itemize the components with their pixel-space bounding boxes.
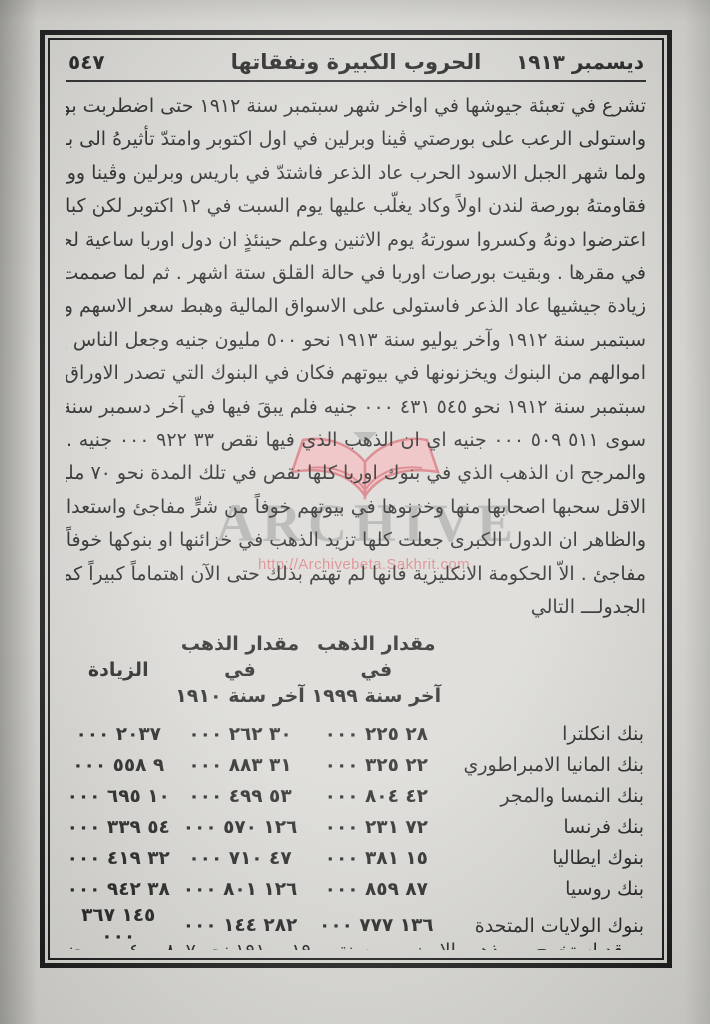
gold-1910-column-header: مقدار الذهب في آخر سنة ١٩١٠: [170, 631, 309, 709]
body-line: اعترضوا دونهُ وكسروا سورتهُ يوم الاثنين …: [66, 224, 646, 257]
bank-name: بنوك ايطاليا: [443, 847, 646, 869]
gold-1910-value: ٢٨٢ ١٤٤ ٠٠٠: [170, 915, 309, 936]
bank-name: بنوك الولايات المتحدة: [443, 915, 646, 937]
gold-1899-header-line2: آخر سنة ١٩٩٩: [310, 683, 443, 709]
gold-1910-value: ١٢٦ ٨٠١ ٠٠٠: [170, 879, 309, 900]
body-line: ولما شهر الجبل الاسود الحرب عاد الذعر فا…: [66, 157, 646, 190]
gold-1899-value: ٧٢ ٢٣١ ٠٠٠: [310, 817, 443, 838]
body-line: زيادة جيشيها عاد الذعر فاستولى على الاسو…: [66, 290, 646, 323]
article-body: تشرع في تعبئة جيوشها في اواخر شهر سبتمبر…: [66, 90, 646, 625]
body-line: سبتمبر سنة ١٩١٢ نحو ⁦٥٤٥ ٤٣١ ٠٠٠⁩ جنيه ف…: [66, 391, 646, 424]
bank-name: بنك روسيا: [443, 878, 646, 900]
increase-value: ٩ ٥٥٨ ٠٠٠: [66, 755, 170, 776]
body-line: الجدولـــ التالي: [66, 591, 646, 624]
increase-value: ٢٠٣٧ ٠٠٠: [66, 724, 170, 745]
gold-1899-value: ١٣٦ ٧٧٧ ٠٠٠: [310, 915, 443, 936]
gold-1910-value: ٥٣ ٤٩٩ ٠٠٠: [170, 786, 309, 807]
gold-1910-value: ٣١ ٨٨٣ ٠٠٠: [170, 755, 309, 776]
gold-1910-value: ٤٧ ٧١٠ ٠٠٠: [170, 848, 309, 869]
body-line: سبتمبر سنة ١٩١٢ وآخر يوليو سنة ١٩١٣ نحو …: [66, 324, 646, 357]
body-line: فقاومتهُ بورصة لندن اولاً وكاد يغلّب علي…: [66, 190, 646, 223]
page-number: ٥٤٧: [68, 50, 228, 74]
scanned-book-page: { "page": { "header": { "date": "ديسمبر …: [0, 0, 710, 1024]
body-line: مفاجئ . الاّ الحكومة الانكليزية فانها لم…: [66, 558, 646, 591]
gold-1899-value: ٤٢ ٨٠٤ ٠٠٠: [310, 786, 443, 807]
gold-1899-header-line1: مقدار الذهب في: [310, 631, 443, 683]
table-header-row: مقدار الذهب في آخر سنة ١٩٩٩ مقدار الذهب …: [66, 631, 646, 709]
body-line: في مقرها . وبقيت بورصات اوربا في حالة ال…: [66, 257, 646, 290]
issue-date: ديسمبر ١٩١٣: [484, 50, 644, 74]
body-line: الاقل سحبها اصحابها منها وخزنوها في بيوت…: [66, 491, 646, 524]
table-rows: بنك انكلترا٢٨ ٢٢٥ ٠٠٠٣٠ ٢٦٢ ٠٠٠٢٠٣٧ ٠٠٠ب…: [66, 719, 646, 936]
gold-1910-header-line2: آخر سنة ١٩١٠: [170, 683, 309, 709]
increase-column-header: الزيادة: [66, 657, 170, 683]
chapter-title: الحروب الكبيرة ونفقاتها: [228, 50, 484, 74]
bank-name: بنك انكلترا: [443, 723, 646, 745]
increase-value: ٣٨ ٩٤٢ ٠٠٠: [66, 879, 170, 900]
increase-value: ٥٤ ٣٣٩ ٠٠٠: [66, 817, 170, 838]
gold-1910-value: ٣٠ ٢٦٢ ٠٠٠: [170, 724, 309, 745]
gold-1899-value: ٢٨ ٢٢٥ ٠٠٠: [310, 724, 443, 745]
gold-1910-value: ١٢٦ ٥٧٠ ٠٠٠: [170, 817, 309, 838]
increase-value: ١٠ ٦٩٥ ٠٠٠: [66, 786, 170, 807]
body-line: تشرع في تعبئة جيوشها في اواخر شهر سبتمبر…: [66, 90, 646, 123]
table-row: بنك النمسا والمجر٤٢ ٨٠٤ ٠٠٠٥٣ ٤٩٩ ٠٠٠١٠ …: [66, 781, 646, 812]
gold-1899-value: ٢٢ ٣٢٥ ٠٠٠: [310, 755, 443, 776]
table-row: بنك روسيا٨٧ ٨٥٩ ٠٠٠١٢٦ ٨٠١ ٠٠٠٣٨ ٩٤٢ ٠٠٠: [66, 874, 646, 905]
running-header: ديسمبر ١٩١٣ الحروب الكبيرة ونفقاتها ٥٤٧: [66, 46, 646, 82]
table-row: بنك انكلترا٢٨ ٢٢٥ ٠٠٠٣٠ ٢٦٢ ٠٠٠٢٠٣٧ ٠٠٠: [66, 719, 646, 750]
gold-reserves-table: مقدار الذهب في آخر سنة ١٩٩٩ مقدار الذهب …: [66, 631, 646, 936]
table-row: بنوك الولايات المتحدة١٣٦ ٧٧٧ ٠٠٠٢٨٢ ١٤٤ …: [66, 905, 646, 936]
bank-name: بنك النمسا والمجر: [443, 785, 646, 807]
gold-1899-column-header: مقدار الذهب في آخر سنة ١٩٩٩: [310, 631, 443, 709]
bank-name: بنك فرنسا: [443, 816, 646, 838]
increase-value: ٣٢ ٤١٩ ٠٠٠: [66, 848, 170, 869]
bank-name: بنك المانيا الامبراطوري: [443, 754, 646, 776]
table-row: بنك فرنسا٧٢ ٢٣١ ٠٠٠١٢٦ ٥٧٠ ٠٠٠٥٤ ٣٣٩ ٠٠٠: [66, 812, 646, 843]
gold-1910-header-line1: مقدار الذهب في: [170, 631, 309, 683]
closing-line: وقد استخرج من ذهب الارض بين سنة ١٩٠٠ و١٩…: [66, 936, 646, 951]
page-content: ديسمبر ١٩١٣ الحروب الكبيرة ونفقاتها ٥٤٧ …: [48, 38, 664, 960]
page-border-frame: ديسمبر ١٩١٣ الحروب الكبيرة ونفقاتها ٥٤٧ …: [40, 30, 672, 968]
table-row: بنوك ايطاليا١٥ ٣٨١ ٠٠٠٤٧ ٧١٠ ٠٠٠٣٢ ٤١٩ ٠…: [66, 843, 646, 874]
body-line: والظاهر ان الدول الكبرى جعلت كلها تزيد ا…: [66, 524, 646, 557]
body-line: والمرجح ان الذهب الذي في بنوك اوربا كلها…: [66, 457, 646, 490]
table-row: بنك المانيا الامبراطوري٢٢ ٣٢٥ ٠٠٠٣١ ٨٨٣ …: [66, 750, 646, 781]
body-line: سوى ⁦٥١١ ٥٠٩ ٠٠٠⁩ جنيه اي ان الذهب الذي …: [66, 424, 646, 457]
body-line: اموالهم من البنوك ويخزنونها في بيوتهم فك…: [66, 357, 646, 390]
body-line: واستولى الرعب على بورصتي ڤينا وبرلين في …: [66, 123, 646, 156]
gold-1899-value: ١٥ ٣٨١ ٠٠٠: [310, 848, 443, 869]
gold-1899-value: ٨٧ ٨٥٩ ٠٠٠: [310, 879, 443, 900]
